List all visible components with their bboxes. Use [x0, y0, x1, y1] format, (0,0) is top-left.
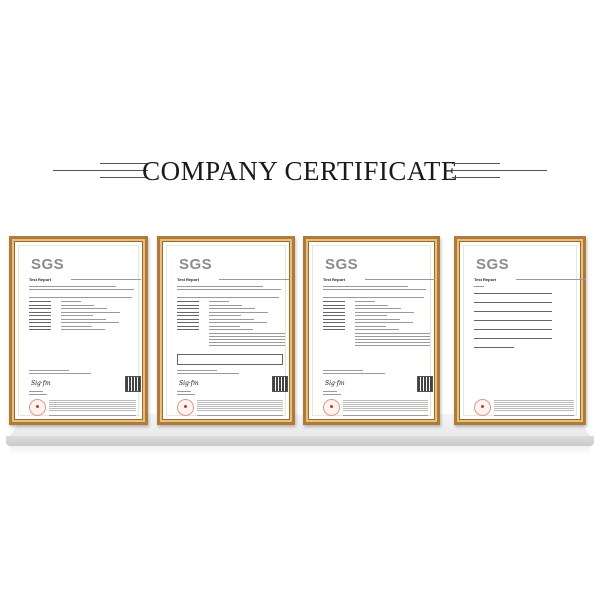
field-value	[355, 329, 399, 330]
field-label	[177, 326, 199, 327]
sgs-logo: SGS	[476, 256, 509, 273]
decor-line-right-bottom	[452, 177, 500, 178]
footer-line	[494, 415, 574, 416]
report-meta	[219, 279, 289, 280]
text-line	[29, 297, 132, 298]
field-value	[61, 301, 81, 302]
report-meta	[365, 279, 435, 280]
text-line	[177, 373, 239, 374]
field-value	[355, 319, 400, 320]
sgs-logo: SGS	[179, 256, 212, 273]
text-line	[355, 339, 430, 340]
field-value	[209, 305, 242, 306]
qr-code-icon	[273, 377, 287, 391]
field-label	[177, 312, 199, 313]
field-value	[209, 312, 268, 313]
fine-print	[343, 400, 428, 412]
text-line	[177, 394, 195, 395]
field-value	[209, 315, 241, 316]
page-title: COMPANY CERTIFICATE	[0, 156, 600, 187]
seal-stamp-icon	[177, 399, 194, 416]
field-value	[209, 308, 255, 309]
text-line	[474, 311, 552, 312]
header: COMPANY CERTIFICATE	[0, 150, 600, 190]
field-value	[209, 326, 240, 327]
certificate-frame[interactable]: SGSTest ReportSig·fm	[9, 236, 148, 425]
text-line	[474, 302, 552, 303]
text-line	[474, 286, 484, 287]
text-line	[209, 342, 285, 343]
text-line	[29, 394, 47, 395]
certificate-frame[interactable]: SGSTest Report	[454, 236, 586, 425]
fine-print	[49, 400, 136, 412]
field-label	[29, 315, 51, 316]
field-label	[323, 315, 345, 316]
field-value	[355, 315, 387, 316]
text-line	[323, 394, 341, 395]
text-line	[29, 373, 91, 374]
text-line	[474, 320, 552, 321]
field-label	[177, 315, 199, 316]
text-line	[177, 286, 263, 287]
certificate-document: SGSTest ReportSig·fm	[18, 245, 139, 416]
seal-stamp-icon	[474, 399, 491, 416]
text-line	[323, 286, 408, 287]
certificate-document: SGSTest ReportSig·fm	[312, 245, 431, 416]
field-label	[177, 329, 199, 330]
certificate-frame[interactable]: SGSTest ReportSig·fm	[303, 236, 440, 425]
certificate-frame[interactable]: SGSTest ReportSig·fm	[157, 236, 295, 425]
qr-code-icon	[126, 377, 140, 391]
field-label	[177, 319, 199, 320]
text-line	[177, 289, 281, 290]
certificate-document: SGSTest Report	[463, 245, 577, 416]
text-line	[355, 336, 430, 337]
field-label	[323, 322, 345, 323]
field-label	[29, 312, 51, 313]
text-line	[474, 347, 514, 348]
field-label	[29, 326, 51, 327]
text-line	[474, 338, 552, 339]
text-line	[355, 333, 430, 334]
field-label	[29, 305, 51, 306]
field-value	[61, 315, 93, 316]
text-line	[29, 391, 43, 392]
field-value	[355, 301, 375, 302]
footer-line	[343, 415, 428, 416]
text-line	[323, 391, 337, 392]
field-value	[355, 312, 414, 313]
field-label	[29, 301, 51, 302]
text-line	[209, 339, 285, 340]
field-label	[29, 322, 51, 323]
report-meta	[71, 279, 141, 280]
field-value	[355, 322, 413, 323]
text-line	[209, 333, 285, 334]
report-heading: Test Report	[29, 277, 51, 282]
text-line	[29, 370, 69, 371]
field-value	[61, 312, 120, 313]
field-label	[323, 305, 345, 306]
field-value	[61, 308, 107, 309]
field-value	[61, 326, 92, 327]
field-value	[209, 322, 267, 323]
fine-print	[197, 400, 283, 412]
field-value	[209, 319, 254, 320]
field-label	[323, 308, 345, 309]
footer-line	[49, 415, 136, 416]
text-line	[323, 370, 363, 371]
field-label	[323, 329, 345, 330]
signature: Sig·fm	[31, 380, 51, 387]
text-line	[177, 391, 191, 392]
text-line	[474, 329, 552, 330]
field-label	[177, 322, 199, 323]
text-line	[323, 373, 385, 374]
field-value	[61, 319, 106, 320]
field-label	[323, 312, 345, 313]
text-line	[209, 336, 285, 337]
report-heading: Test Report	[474, 277, 496, 282]
qr-code-icon	[418, 377, 432, 391]
field-label	[323, 319, 345, 320]
text-line	[29, 286, 116, 287]
field-value	[61, 322, 119, 323]
field-value	[61, 329, 105, 330]
field-value	[355, 326, 386, 327]
field-label	[29, 319, 51, 320]
report-heading: Test Report	[177, 277, 199, 282]
certificate-document: SGSTest ReportSig·fm	[166, 245, 286, 416]
seal-stamp-icon	[29, 399, 46, 416]
field-value	[209, 329, 253, 330]
decor-line-right-long	[452, 170, 547, 171]
text-line	[474, 293, 552, 294]
field-value	[61, 305, 94, 306]
field-value	[355, 305, 388, 306]
shelf-shadow	[10, 446, 590, 454]
sgs-logo: SGS	[31, 256, 64, 273]
text-line	[355, 345, 430, 346]
shelf-edge	[6, 436, 594, 446]
signature: Sig·fm	[325, 380, 345, 387]
result-box	[177, 354, 283, 365]
sgs-logo: SGS	[325, 256, 358, 273]
text-line	[323, 297, 424, 298]
footer-line	[197, 415, 283, 416]
field-label	[323, 326, 345, 327]
decor-line-right-top	[452, 163, 500, 164]
field-label	[177, 305, 199, 306]
text-line	[355, 342, 430, 343]
field-label	[29, 308, 51, 309]
report-heading: Test Report	[323, 277, 345, 282]
text-line	[209, 345, 285, 346]
text-line	[29, 289, 134, 290]
field-value	[355, 308, 401, 309]
text-line	[177, 370, 217, 371]
field-label	[177, 301, 199, 302]
field-label	[177, 308, 199, 309]
field-label	[323, 301, 345, 302]
signature: Sig·fm	[179, 380, 199, 387]
text-line	[323, 289, 426, 290]
report-meta	[516, 279, 586, 280]
seal-stamp-icon	[323, 399, 340, 416]
field-value	[209, 301, 229, 302]
field-label	[29, 329, 51, 330]
fine-print	[494, 400, 574, 412]
text-line	[177, 297, 279, 298]
